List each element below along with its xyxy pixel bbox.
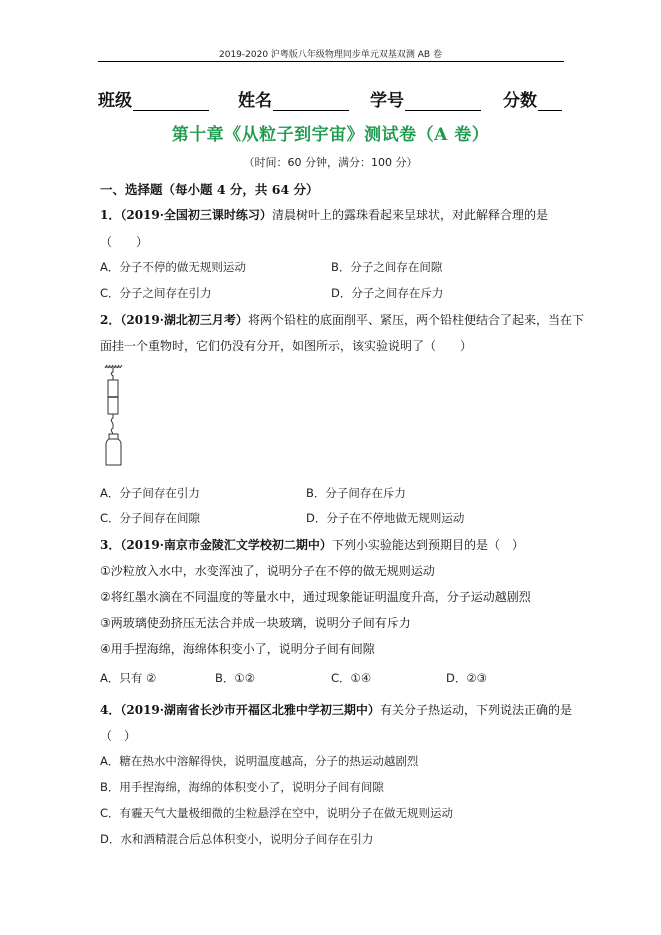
field-class: 班级 [98,86,209,111]
lead-cylinders-figure [100,364,130,468]
option-text: 有霾天气大量极细微的尘粒悬浮在空中，说明分子在做无规则运动 [120,806,454,820]
option-d[interactable]: D．水和酒精混合后总体积变小，说明分子间存在引力 [100,831,373,847]
blank-line [133,94,209,111]
exam-info: （时间：60 分钟，满分：100 分） [0,154,661,170]
option-text: 分子间存在斥力 [325,486,406,500]
option-c[interactable]: C．分子之间存在引力 [100,285,212,301]
option-label: B． [331,260,350,274]
option-text: ②③ [466,671,487,685]
option-label: A． [100,260,119,274]
option-text: 分子在不停地做无规则运动 [326,511,464,525]
option-c[interactable]: C．分子间存在间隙 [100,510,200,526]
question-number: 4． [100,703,120,717]
option-label: C． [331,671,351,685]
statement-3: ③两玻璃使劲挤压无法合并成一块玻璃，说明分子间有斥力 [100,614,411,631]
option-b[interactable]: B．①② [215,670,255,686]
option-label: D． [446,671,466,685]
question-2-stem: 2．（2019·湖北初三月考）将两个铅柱的底面削平、紧压，两个铅柱便结合了起来，… [100,311,584,328]
option-a[interactable]: A．只有 ② [100,670,156,686]
option-text: 分子间存在间隙 [120,511,201,525]
option-a[interactable]: A．分子不停的做无规则运动 [100,259,246,275]
statement-2: ②将红墨水滴在不同温度的等量水中，通过现象能证明温度升高，分子运动越剧烈 [100,588,531,605]
page-title: 第十章《从粒子到宇宙》测试卷（A 卷） [0,120,661,145]
option-label: A． [100,754,119,768]
option-label: D． [306,511,326,525]
option-text: 分子之间存在引力 [120,286,212,300]
option-label: D． [100,832,120,846]
header-divider [98,61,564,62]
option-label: B． [215,671,234,685]
option-d[interactable]: D．分子在不停地做无规则运动 [306,510,464,526]
option-label: C． [100,286,120,300]
option-text: 分子之间存在斥力 [351,286,443,300]
question-4-stem: 4．（2019·湖南省长沙市开福区北雅中学初三期中）有关分子热运动，下列说法正确… [100,701,572,718]
field-label: 学号 [370,91,404,111]
option-a[interactable]: A．分子间存在引力 [100,485,200,501]
statement-4: ④用手捏海绵，海绵体积变小了，说明分子间有间隙 [100,640,375,657]
option-text: 只有 ② [119,671,156,685]
question-3-stem: 3．（2019·南京市金陵汇文学校初二期中）下列小实验能达到预期目的是（ ） [100,536,524,553]
option-label: A． [100,486,119,500]
option-d[interactable]: D．②③ [446,670,487,686]
blank-line [405,94,481,111]
option-text: ①④ [351,671,372,685]
option-label: C． [100,511,120,525]
option-text: ①② [234,671,255,685]
option-label: A． [100,671,119,685]
question-text: 有关分子热运动，下列说法正确的是 [380,703,572,717]
option-c[interactable]: C．有霾天气大量极细微的尘粒悬浮在空中，说明分子在做无规则运动 [100,805,453,821]
option-c[interactable]: C．①④ [331,670,371,686]
question-text: 面挂一个重物时，它们仍没有分开，如图所示，该实验说明了（ ） [100,337,472,354]
option-label: D． [331,286,351,300]
question-number: 2． [100,313,120,327]
field-score: 分数 [503,86,562,111]
option-d[interactable]: D．分子之间存在斥力 [331,285,443,301]
option-b[interactable]: B．分子之间存在间隙 [331,259,442,275]
field-label: 班级 [98,91,132,111]
question-text: 下列小实验能达到预期目的是（ ） [332,538,524,552]
running-header: 2019-2020 沪粤版八年级物理同步单元双基双测 AB 卷 [0,47,661,60]
field-label: 姓名 [238,91,272,111]
field-student-id: 学号 [370,86,481,111]
field-name: 姓名 [238,86,349,111]
option-label: B． [306,486,325,500]
option-b[interactable]: B．分子间存在斥力 [306,485,406,501]
option-a[interactable]: A．糖在热水中溶解得快，说明温度越高，分子的热运动越剧烈 [100,753,418,769]
question-1-stem: 1．（2019·全国初三课时练习）清晨树叶上的露珠看起来呈球状，对此解释合理的是 [100,206,548,223]
option-label: C． [100,806,120,820]
question-source: （2019·全国初三课时练习） [120,208,272,222]
question-text: 清晨树叶上的露珠看起来呈球状，对此解释合理的是 [272,208,548,222]
answer-blank: （ ） [100,233,148,250]
option-text: 分子之间存在间隙 [350,260,442,274]
question-source: （2019·湖南省长沙市开福区北雅中学初三期中） [120,703,380,717]
option-text: 糖在热水中溶解得快，说明温度越高，分子的热运动越剧烈 [119,754,418,768]
option-text: 水和酒精混合后总体积变小，说明分子间存在引力 [120,832,373,846]
option-text: 分子间存在引力 [119,486,200,500]
blank-line [273,94,349,111]
section-heading: 一、选择题（每小题 4 分，共 64 分） [100,180,319,198]
question-number: 3． [100,538,120,552]
statement-1: ①沙粒放入水中，水变浑浊了，说明分子在不停的做无规则运动 [100,562,435,579]
question-text: 将两个铅柱的底面削平、紧压，两个铅柱便结合了起来，当在下 [248,313,584,327]
option-text: 分子不停的做无规则运动 [119,260,246,274]
option-b[interactable]: B．用手捏海绵，海绵的体积变小了，说明分子间有间隙 [100,779,384,795]
question-source: （2019·南京市金陵汇文学校初二期中） [120,538,332,552]
field-label: 分数 [503,91,537,111]
question-number: 1． [100,208,120,222]
blank-line [538,94,562,111]
option-label: B． [100,780,119,794]
option-text: 用手捏海绵，海绵的体积变小了，说明分子间有间隙 [119,780,384,794]
answer-blank: （ ） [100,727,136,744]
question-source: （2019·湖北初三月考） [120,313,248,327]
